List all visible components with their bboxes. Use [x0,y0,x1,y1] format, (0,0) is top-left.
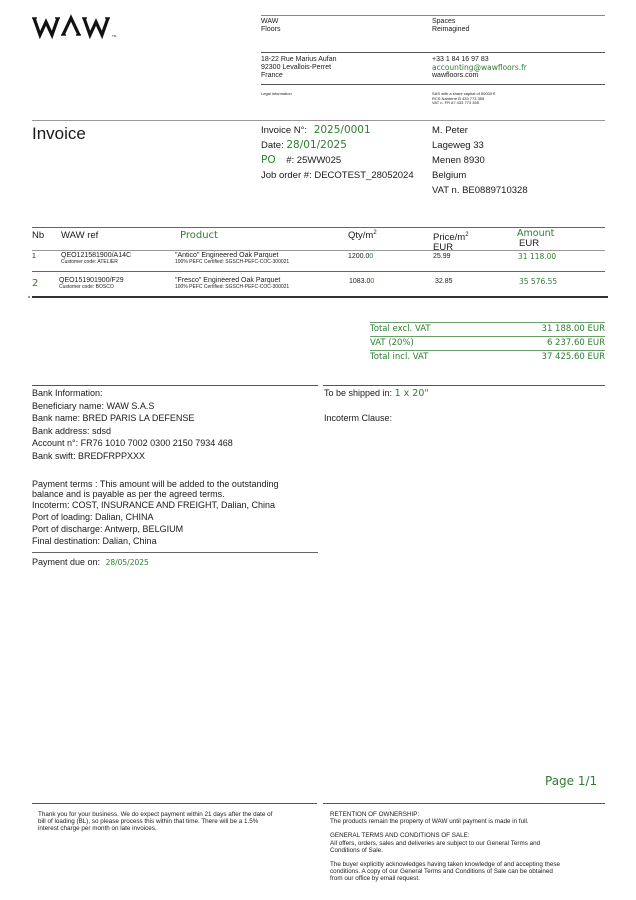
page-title: Invoice [32,124,86,144]
footer-legal: RETENTION OF OWNERSHIP: The products rem… [330,811,560,883]
row-ref: QEO121581900/A14C Customer code: ATELIER [61,252,131,265]
vat-row: VAT (20%) 6 237.60 EUR [370,337,605,351]
company-name: WAW Floors [261,18,280,34]
row-nb: 1 [32,253,36,260]
totals-box: Total excl. VAT 31 188.00 EUR VAT (20%) … [370,323,605,364]
company-slogan: Spaces Reimagined [432,18,469,34]
row-amount: 31 118.00 [518,252,556,261]
col-nb: Nb [32,230,44,241]
legal-label: Legal information [261,92,292,97]
svg-text:TM: TM [112,34,117,38]
invoice-date: 28/01/2025 [286,139,347,151]
page-number: Page 1/1 [545,774,597,788]
total-excl-vat: 31 188.00 EUR [542,323,605,336]
bank-information: Bank Information: Beneficiary name: WAW … [32,387,233,462]
waw-logo-icon: TM [32,14,122,40]
invoice-po-row: PO #: 25WW025 [261,153,414,168]
shipping-info: To be shipped in: 1 x 20" [324,387,429,401]
row-product: "Fresco" Engineered Oak Parquet 100% PEF… [175,277,289,290]
marker-dot [28,296,30,298]
invoice-meta: Invoice N°: 2025/0001 Date: 28/01/2025 P… [261,123,414,183]
invoice-date-row: Date: 28/01/2025 [261,138,414,153]
col-ref: WAW ref [61,230,98,241]
payment-terms: Payment terms : This amount will be adde… [32,479,278,547]
company-website-link[interactable]: wawfloors.com [432,72,527,80]
row-qty: 1200.00 [348,253,373,260]
company-address: 18-22 Rue Marius Aufan 92300 Levallois-P… [261,56,337,80]
invoice-job-order: Job order #: DECOTEST_28052024 [261,168,414,183]
total-incl-vat-row: Total incl. VAT 37 425.60 EUR [370,351,605,364]
payment-due: Payment due on: 28/05/2025 [32,556,149,570]
col-qty: Qty/m2 [348,230,377,241]
row-qty: 1083.00 [349,278,374,285]
row-ref: QEO151901900/F29 Customer code: BOSCO [59,277,124,290]
company-email-link[interactable]: accounting@wawfloors.fr [432,64,527,72]
row-price: 25.99 [433,253,451,260]
company-contact: +33 1 84 16 97 83 accounting@wawfloors.f… [432,56,527,80]
footer-thanks: Thank you for your business. We do expec… [38,811,272,833]
col-product: Product [180,230,218,241]
incoterm-clause: Incoterm Clause: [324,412,392,425]
col-amount: AmountEUR [517,229,554,249]
waw-logo: TM [32,14,122,40]
total-incl-vat: 37 425.60 EUR [542,351,605,364]
customer-address: M. Peter Lageweg 33 Menen 8930 Belgium V… [432,123,528,198]
total-excl-vat-row: Total excl. VAT 31 188.00 EUR [370,323,605,337]
row-product: "Antico" Engineered Oak Parquet 100% PEF… [175,252,289,265]
row-price: 32.85 [435,278,453,285]
invoice-number: 2025/0001 [314,124,371,136]
legal-info: SAS with a share capital of 50000 € RCS … [432,92,495,106]
container-spec: 1 x 20" [395,388,429,399]
row-amount: 35 576.55 [519,277,557,286]
row-nb: 2 [32,278,38,289]
invoice-number-row: Invoice N°: 2025/0001 [261,123,414,138]
vat-amount: 6 237.60 EUR [547,337,605,350]
payment-due-date: 28/05/2025 [106,558,149,567]
